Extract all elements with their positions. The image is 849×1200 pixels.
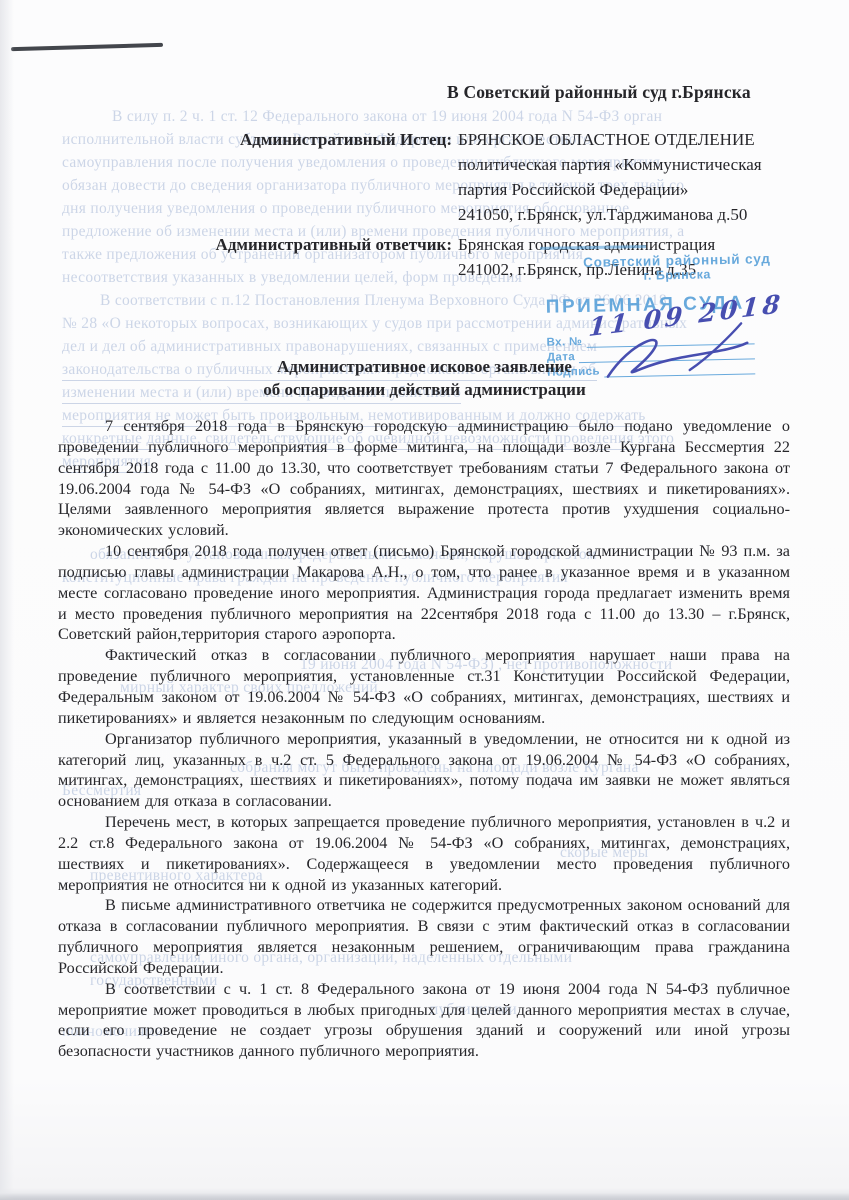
bleedthrough-line: дел и дел об административных правонаруш… [62,337,597,357]
plaintiff-address-line: партия Российской Федерации» [458,177,762,202]
plaintiff-lines: БРЯНСКОЕ ОБЛАСТНОЕ ОТДЕЛЕНИЕполитическая… [458,127,762,227]
body-paragraph: Организатор публичного мероприятия, указ… [58,729,790,812]
plaintiff-address-line: 241050, г.Брянск, ул.Тарджиманова д.50 [458,202,762,227]
plaintiff-label: Административный Истец: [0,127,452,152]
body-paragraph: В соответствии с ч. 1 ст. 8 Федерального… [58,979,790,1062]
body-paragraph: В письме административного ответчика не … [58,895,790,978]
body-paragraph: 7 сентября 2018 года в Брянскую городску… [58,416,790,541]
document-title: Административное исковое заявление об ос… [58,356,791,401]
court-header: В Советский районный суд г.Брянска [447,82,751,103]
body-paragraph: 10 сентября 2018 года получен ответ (пис… [58,541,790,645]
plaintiff-address-line: БРЯНСКОЕ ОБЛАСТНОЕ ОТДЕЛЕНИЕ [458,127,762,152]
document-title-line1: Административное исковое заявление [58,356,791,379]
plaintiff-address-line: политическая партия «Коммунистическая [458,152,762,177]
scanned-document-page: В силу п. 2 ч. 1 ст. 12 Федерального зак… [0,0,849,1200]
document-title-line2: об оспаривании действий администрации [58,379,791,402]
body-paragraph: Перечень мест, в которых запрещается про… [58,812,790,895]
stamp-incoming-label: Вх. № [546,336,582,349]
body-paragraph: Фактический отказ в согласовании публичн… [58,645,790,728]
body-text: 7 сентября 2018 года в Брянскую городску… [58,416,790,1062]
bleedthrough-line: В силу п. 2 ч. 1 ст. 12 Федерального зак… [112,107,662,127]
plaintiff-row: Административный Истец: БРЯНСКОЕ ОБЛАСТН… [0,127,792,227]
defendant-label: Административный ответчик: [0,232,452,257]
